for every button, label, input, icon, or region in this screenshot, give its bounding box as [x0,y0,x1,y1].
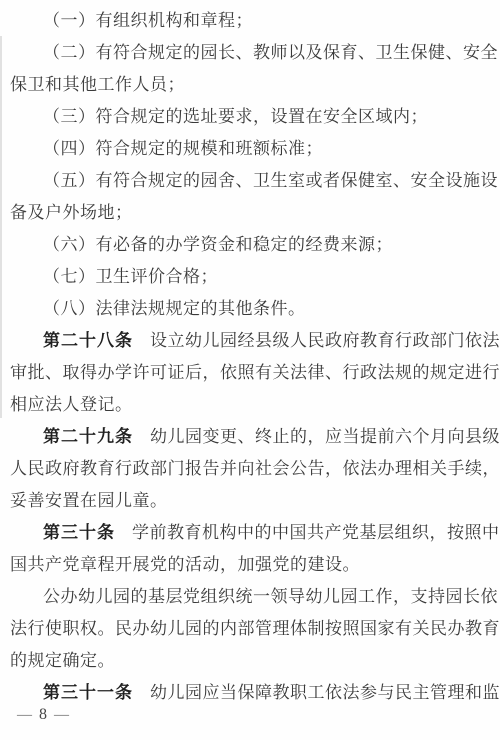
list-item-8: （八）法律法规规定的其他条件。 [10,293,498,325]
article-30-paragraph-2-line-1: 公办幼儿园的基层党组织统一领导幼儿园工作，支持园长依 [10,581,498,613]
article-28-line-2: 审批、取得办学许可证后，依照有关法律、行政法规的规定进行 [10,357,498,389]
page-number-dash-right: — [54,707,69,724]
page-number-value: 8 [39,706,47,724]
article-29-line-3: 妥善安置在园儿童。 [10,485,498,517]
article-30-text: 学前教育机构中的中国共产党基层组织，按照中 [132,523,500,542]
article-31-number: 第三十一条 [43,683,133,702]
document-page: （一）有组织机构和章程； （二）有符合规定的园长、教师以及保育、卫生保健、安全 … [0,0,500,740]
article-29-text: 幼儿园变更、终止的，应当提前六个月向县级 [150,427,500,446]
document-body: （一）有组织机构和章程； （二）有符合规定的园长、教师以及保育、卫生保健、安全 … [10,5,498,709]
article-30-line-1: 第三十条学前教育机构中的中国共产党基层组织，按照中 [10,517,498,549]
article-29-line-2: 人民政府教育行政部门报告并向社会公告，依法办理相关手续， [10,453,498,485]
article-28-number: 第二十八条 [43,331,133,350]
list-item-3: （三）符合规定的选址要求，设置在安全区域内； [10,101,498,133]
list-item-7: （七）卫生评价合格； [10,261,498,293]
article-30-number: 第三十条 [43,523,115,542]
article-31-text: 幼儿园应当保障教职工依法参与民主管理和监督。 [150,683,500,702]
list-item-2-continuation: 保卫和其他工作人员； [10,69,498,101]
article-30-line-2: 国共产党章程开展党的活动，加强党的建设。 [10,549,498,581]
scan-edge-artifact [0,36,2,418]
article-28-text: 设立幼儿园经县级人民政府教育行政部门依法 [150,331,500,350]
article-28-line-1: 第二十八条设立幼儿园经县级人民政府教育行政部门依法 [10,325,498,357]
article-29-number: 第二十九条 [43,427,133,446]
list-item-1: （一）有组织机构和章程； [10,5,498,37]
list-item-6: （六）有必备的办学资金和稳定的经费来源； [10,229,498,261]
list-item-5: （五）有符合规定的园舍、卫生室或者保健室、安全设施设 [10,165,498,197]
page-number: — 8 — [17,706,69,724]
list-item-2: （二）有符合规定的园长、教师以及保育、卫生保健、安全 [10,37,498,69]
list-item-4: （四）符合规定的规模和班额标准； [10,133,498,165]
article-31-line-1: 第三十一条幼儿园应当保障教职工依法参与民主管理和监督。 [10,677,498,709]
article-29-line-1: 第二十九条幼儿园变更、终止的，应当提前六个月向县级 [10,421,498,453]
article-28-line-3: 相应法人登记。 [10,389,498,421]
article-30-paragraph-2-line-2: 法行使职权。民办幼儿园的内部管理体制按照国家有关民办教育 [10,613,498,645]
list-item-5-continuation: 备及户外场地； [10,197,498,229]
article-30-paragraph-2-line-3: 的规定确定。 [10,645,498,677]
page-number-dash-left: — [17,707,32,724]
